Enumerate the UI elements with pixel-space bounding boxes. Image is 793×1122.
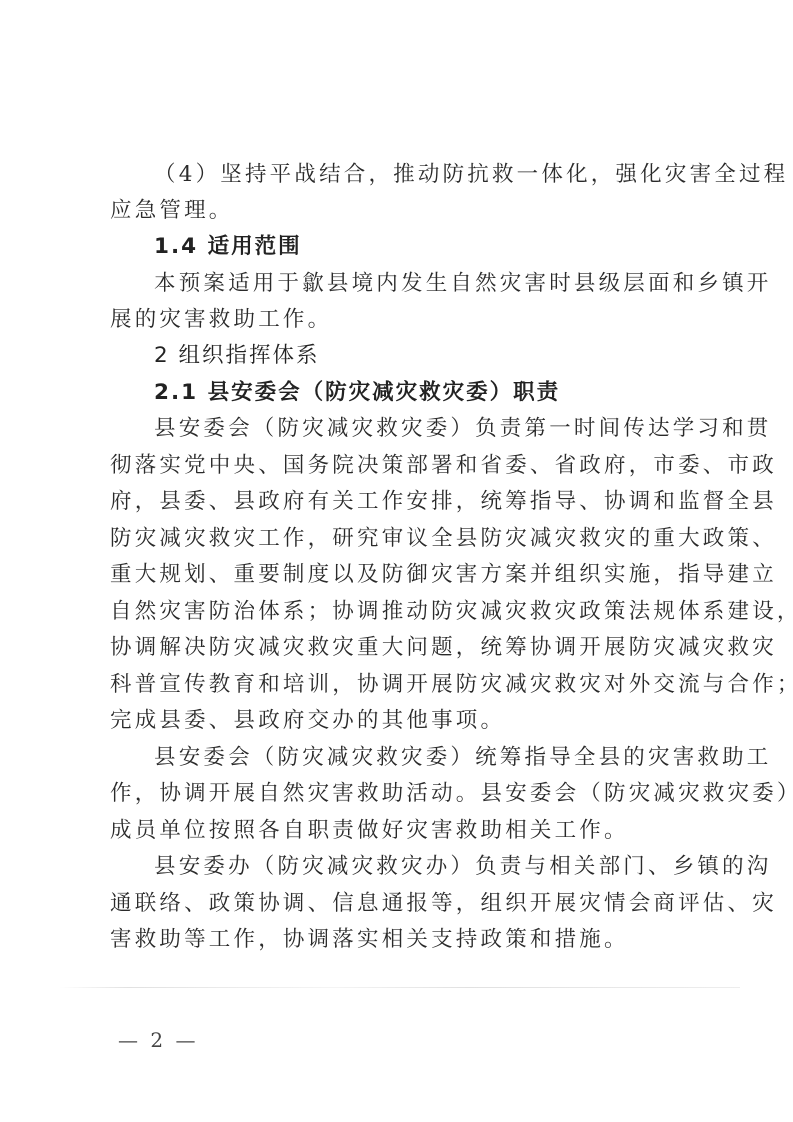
- paragraph-duties-line-3: 府，县委、县政府有关工作安排，统筹指导、协调和监督全县: [110, 484, 690, 520]
- document-page: （4）坚持平战结合，推动防抗救一体化，强化灾害全过程 应急管理。 1.4 适用范…: [0, 0, 793, 1122]
- scan-artifact-line: [60, 987, 740, 988]
- section-heading-1-4: 1.4 适用范围: [154, 229, 734, 265]
- page-number: — 2 —: [118, 1028, 198, 1052]
- paragraph-coordination-line-2: 作，协调开展自然灾害救助活动。县安委会（防灾减灾救灾委）: [110, 776, 690, 812]
- paragraph-principle-4-line-2: 应急管理。: [110, 193, 690, 229]
- paragraph-duties-line-9: 完成县委、县政府交办的其他事项。: [110, 703, 690, 739]
- paragraph-scope-line-2: 展的灾害救助工作。: [110, 302, 690, 338]
- paragraph-duties-line-4: 防灾减灾救灾工作，研究审议全县防灾减灾救灾的重大政策、: [110, 521, 690, 557]
- paragraph-office-line-1: 县安委办（防灾减灾救灾办）负责与相关部门、乡镇的沟: [154, 849, 734, 885]
- paragraph-duties-line-8: 科普宣传教育和培训，协调开展防灾减灾救灾对外交流与合作；: [110, 667, 690, 703]
- paragraph-duties-line-2: 彻落实党中央、国务院决策部署和省委、省政府，市委、市政: [110, 448, 690, 484]
- paragraph-scope-line-1: 本预案适用于歙县境内发生自然灾害时县级层面和乡镇开: [154, 266, 734, 302]
- paragraph-duties-line-5: 重大规划、重要制度以及防御灾害方案并组织实施，指导建立: [110, 557, 690, 593]
- paragraph-duties-line-7: 协调解决防灾减灾救灾重大问题，统筹协调开展防灾减灾救灾: [110, 630, 690, 666]
- paragraph-coordination-line-1: 县安委会（防灾减灾救灾委）统筹指导全县的灾害救助工: [154, 740, 734, 776]
- section-heading-2-1: 2.1 县安委会（防灾减灾救灾委）职责: [154, 375, 734, 411]
- paragraph-duties-line-6: 自然灾害防治体系；协调推动防灾减灾救灾政策法规体系建设，: [110, 594, 690, 630]
- paragraph-duties-line-1: 县安委会（防灾减灾救灾委）负责第一时间传达学习和贯: [154, 411, 734, 447]
- section-heading-2: 2 组织指挥体系: [154, 338, 734, 374]
- paragraph-principle-4-line-1: （4）坚持平战结合，推动防抗救一体化，强化灾害全过程: [154, 157, 734, 193]
- paragraph-office-line-2: 通联络、政策协调、信息通报等，组织开展灾情会商评估、灾: [110, 886, 690, 922]
- paragraph-office-line-3: 害救助等工作，协调落实相关支持政策和措施。: [110, 922, 690, 958]
- paragraph-coordination-line-3: 成员单位按照各自职责做好灾害救助相关工作。: [110, 813, 690, 849]
